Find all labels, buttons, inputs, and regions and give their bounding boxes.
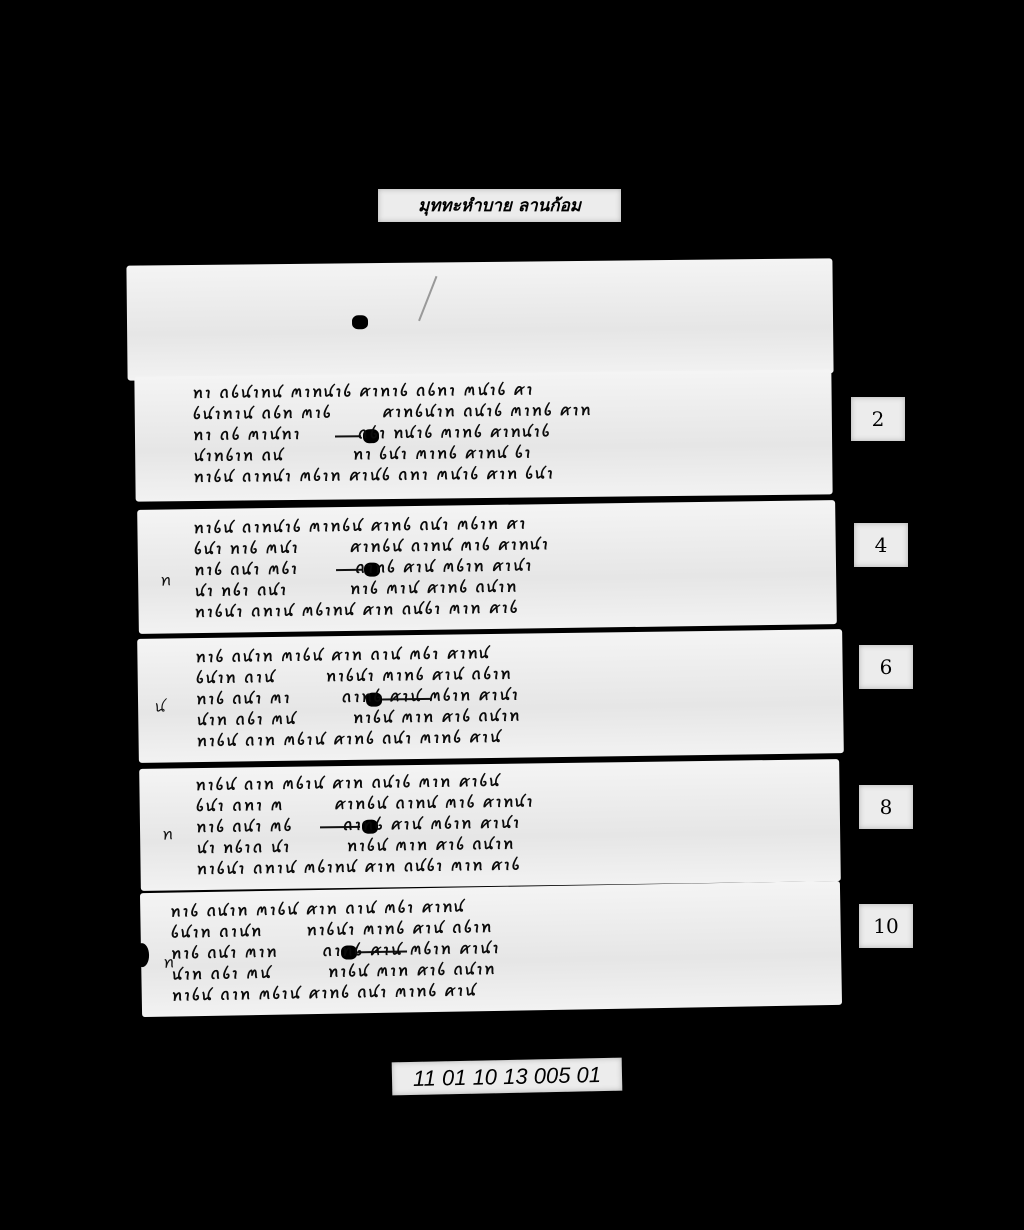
page-number-label: 6 <box>859 645 913 689</box>
margin-mark: ꪀ <box>162 818 174 852</box>
palm-leaf-6: ꪀ ꪀꪱꪉ ꪒꪙꪱꪀ ꪔꪱꪉꪙ ꪁꪱꪀ ꪒꪱꪙ ꪔꪉꪱ ꪁꪱꪀꪙ ꪉꪙꪱꪀ ꪒꪱ… <box>140 881 842 1017</box>
catalog-id: 11 01 10 13 005 01 <box>413 1062 602 1092</box>
page-number: 10 <box>873 914 898 938</box>
page-number: 4 <box>875 533 888 557</box>
page-number-label: 2 <box>851 397 905 441</box>
palm-leaf-4: ꪙ ꪀꪱꪉ ꪒꪙꪱꪀ ꪔꪱꪉꪙ ꪁꪱꪀ ꪒꪱꪙ ꪔꪉꪱ ꪁꪱꪀꪙ ꪉꪙꪱꪀ ꪒꪱ… <box>137 629 844 763</box>
palm-leaf-5: ꪀ ꪀꪱꪉꪙ ꪒꪱꪀ ꪔꪉꪱꪙ ꪁꪱꪀ ꪒꪙꪱꪉ ꪔꪱꪀ ꪁꪱꪉꪙ ꪉꪙꪱ ꪒꪀ… <box>139 759 841 891</box>
page-number-label: 10 <box>859 904 913 948</box>
palm-leaf-3: ꪀ ꪀꪱꪉꪙ ꪒꪱꪀꪙꪱꪉ ꪔꪱꪀꪉꪙ ꪁꪱꪀꪉ ꪒꪙꪱ ꪔꪉꪱꪀ ꪁꪱ ꪉꪙꪱ… <box>137 500 837 634</box>
margin-mark: ꪙ <box>154 691 167 725</box>
palm-leaf-1 <box>126 258 833 380</box>
margin-mark: ꪀ <box>160 564 172 598</box>
scratch-mark <box>418 276 437 321</box>
title-text: มุททะหำบาย ลานก้อม <box>418 192 581 219</box>
page-number-label: 4 <box>854 523 908 567</box>
page-number: 2 <box>872 407 885 431</box>
palm-leaf-2: ꪀꪱ ꪒꪉꪙꪱꪀꪙ ꪔꪱꪀꪙꪱꪉ ꪁꪱꪀꪱꪉ ꪒꪉꪀꪱ ꪔꪙꪱꪉ ꪁꪱ ꪉꪙꪱꪀ… <box>134 369 832 501</box>
script-line: ꪀꪱꪉꪙ ꪒꪱꪀꪙꪱ ꪔꪉꪱꪀ ꪁꪱꪙꪉ ꪒꪀꪱ ꪔꪙꪱꪉ ꪁꪱꪀ ꪉꪙꪱ <box>193 461 823 487</box>
title-label: มุททะหำบาย ลานก้อม <box>378 189 621 222</box>
string-hole <box>352 315 368 329</box>
page-number: 8 <box>880 795 893 819</box>
page-number-label: 8 <box>859 785 913 829</box>
catalog-id-label: 11 01 10 13 005 01 <box>392 1058 623 1096</box>
page-number: 6 <box>880 655 893 679</box>
leaf-edge-notch <box>135 943 149 967</box>
